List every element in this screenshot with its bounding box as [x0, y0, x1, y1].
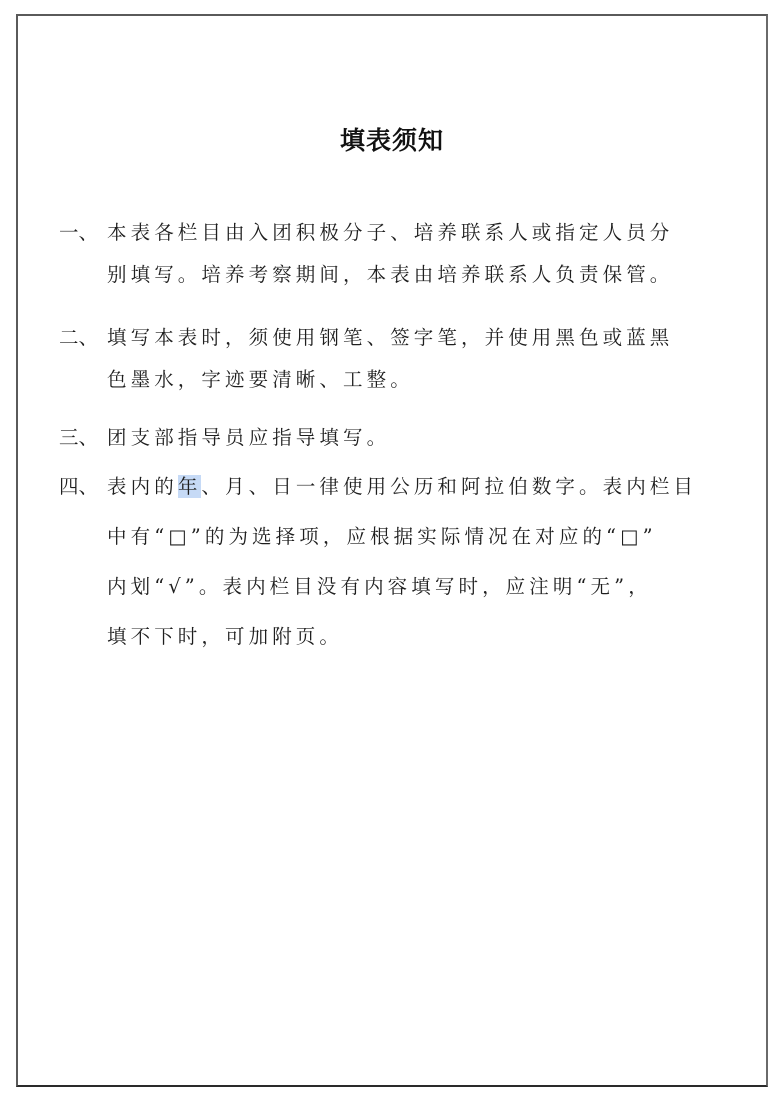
instruction-text: 团支部指导员应指导填写。: [107, 426, 390, 449]
item-number: 四、: [59, 462, 107, 512]
selected-text[interactable]: 年: [178, 475, 202, 498]
item-number: 一、: [59, 212, 107, 254]
instruction-line: 填不下时，可加附页。: [59, 612, 749, 662]
instruction-line: 三、团支部指导员应指导填写。: [59, 417, 749, 459]
instruction-item-3: 三、团支部指导员应指导填写。: [59, 417, 749, 459]
instruction-item-2: 二、填写本表时，须使用钢笔、签字笔，并使用黑色或蓝黑 色墨水，字迹要清晰、工整。: [59, 317, 749, 401]
instruction-text: 本表各栏目由入团积极分子、培养联系人或指定人员分: [107, 221, 673, 244]
instruction-item-4: 四、表内的年、月、日一律使用公历和阿拉伯数字。表内栏目 中有“□”的为选择项，应…: [59, 462, 749, 662]
instruction-line: 别填写。培养考察期间，本表由培养联系人负责保管。: [59, 254, 749, 296]
item-number: 三、: [59, 417, 107, 459]
instruction-line: 一、本表各栏目由入团积极分子、培养联系人或指定人员分: [59, 212, 749, 254]
instruction-item-1: 一、本表各栏目由入团积极分子、培养联系人或指定人员分 别填写。培养考察期间，本表…: [59, 212, 749, 296]
document-title: 填表须知: [18, 126, 766, 156]
instruction-text: 、月、日一律使用公历和阿拉伯数字。表内栏目: [201, 475, 697, 498]
instruction-line: 中有“□”的为选择项，应根据实际情况在对应的“□”: [59, 512, 749, 562]
instruction-text: 表内的: [107, 475, 178, 498]
instruction-line: 二、填写本表时，须使用钢笔、签字笔，并使用黑色或蓝黑: [59, 317, 749, 359]
instruction-line: 四、表内的年、月、日一律使用公历和阿拉伯数字。表内栏目: [59, 462, 749, 512]
instruction-text: 填写本表时，须使用钢笔、签字笔，并使用黑色或蓝黑: [107, 326, 673, 349]
instruction-line: 内划“√”。表内栏目没有内容填写时，应注明“无”，: [59, 562, 749, 612]
item-number: 二、: [59, 317, 107, 359]
document-page: 填表须知 一、本表各栏目由入团积极分子、培养联系人或指定人员分 别填写。培养考察…: [16, 14, 768, 1087]
instruction-line: 色墨水，字迹要清晰、工整。: [59, 359, 749, 401]
